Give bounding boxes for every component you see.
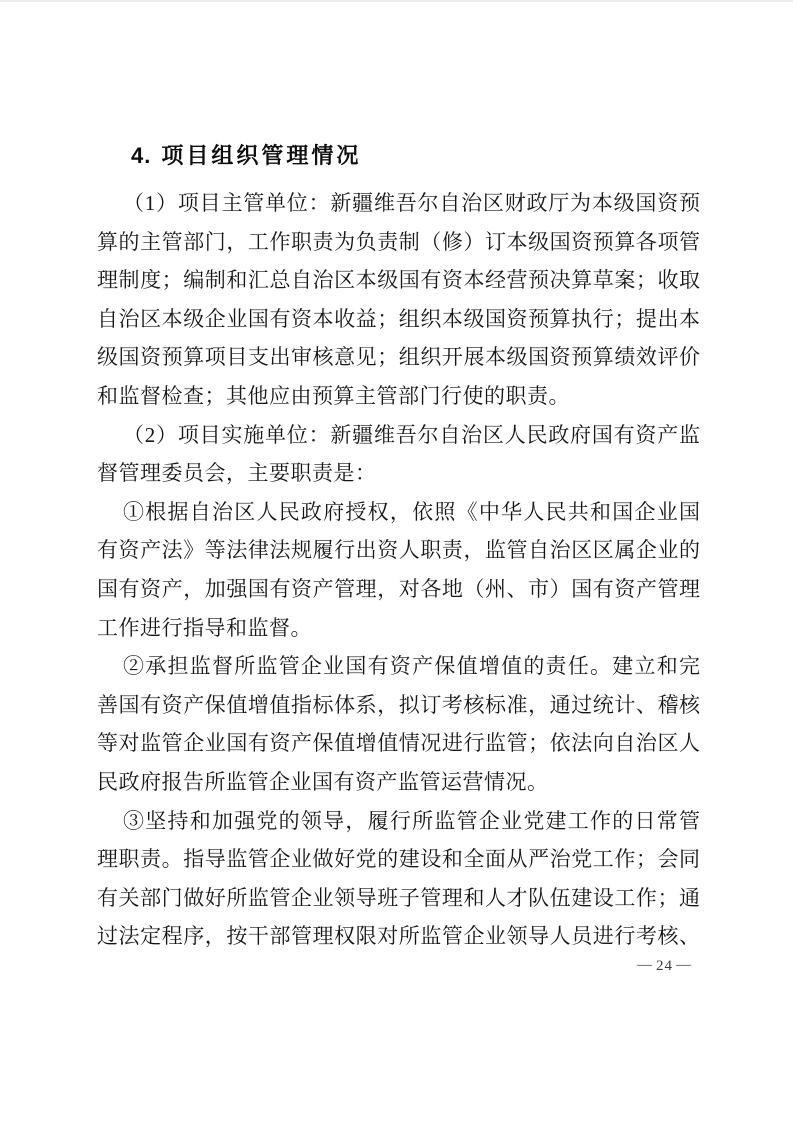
page-number: 24 xyxy=(656,958,673,974)
text-line: （1）项目主管单位：新疆维吾尔自治区财政厅为本级国资预 xyxy=(97,184,700,223)
footer-dash-right: — xyxy=(676,957,692,973)
text-line: 等对监管企业国有资产保值增值情况进行监管；依法向自治区人 xyxy=(97,724,700,763)
text-line: 有资产法》等法律法规履行出资人职责，监管自治区区属企业的 xyxy=(97,531,700,570)
paragraph: （1）项目主管单位：新疆维吾尔自治区财政厅为本级国资预算的主管部门，工作职责为负… xyxy=(97,184,700,416)
paragraph: （2）项目实施单位：新疆维吾尔自治区人民政府国有资产监督管理委员会，主要职责是： xyxy=(97,416,700,493)
text-line: 有关部门做好所监管企业领导班子管理和人才队伍建设工作；通 xyxy=(97,879,700,918)
text-line: 过法定程序，按干部管理权限对所监管企业领导人员进行考核、 xyxy=(97,917,700,956)
section-title: 项目组织管理情况 xyxy=(161,143,361,168)
text-line: 和监督检查；其他应由预算主管部门行使的职责。 xyxy=(97,377,700,416)
text-line: （2）项目实施单位：新疆维吾尔自治区人民政府国有资产监 xyxy=(97,416,700,455)
text-line: 自治区本级企业国有资本收益；组织本级国资预算执行；提出本 xyxy=(97,300,700,339)
section-heading: 4.项目组织管理情况 xyxy=(97,141,700,184)
text-line: 级国资预算项目支出审核意见；组织开展本级国资预算绩效评价 xyxy=(97,338,700,377)
text-line: 理职责。指导监管企业做好党的建设和全面从严治党工作；会同 xyxy=(97,840,700,879)
paragraph: ②承担监督所监管企业国有资产保值增值的责任。建立和完善国有资产保值增值指标体系，… xyxy=(97,647,700,801)
footer-dash-left: — xyxy=(637,957,653,973)
text-line: ③坚持和加强党的领导，履行所监管企业党建工作的日常管 xyxy=(97,802,700,841)
text-line: 善国有资产保值增值指标体系，拟订考核标准，通过统计、稽核 xyxy=(97,686,700,725)
page-content: 4.项目组织管理情况 （1）项目主管单位：新疆维吾尔自治区财政厅为本级国资预算的… xyxy=(97,141,700,956)
paragraph: ①根据自治区人民政府授权，依照《中华人民共和国企业国有资产法》等法律法规履行出资… xyxy=(97,493,700,647)
document-page: 4.项目组织管理情况 （1）项目主管单位：新疆维吾尔自治区财政厅为本级国资预算的… xyxy=(0,0,793,1122)
paragraph: ③坚持和加强党的领导，履行所监管企业党建工作的日常管理职责。指导监管企业做好党的… xyxy=(97,802,700,956)
text-line: 民政府报告所监管企业国有资产监管运营情况。 xyxy=(97,763,700,802)
text-line: ①根据自治区人民政府授权，依照《中华人民共和国企业国 xyxy=(97,493,700,532)
text-line: 算的主管部门，工作职责为负责制（修）订本级国资预算各项管 xyxy=(97,223,700,262)
text-line: 工作进行指导和监督。 xyxy=(97,609,700,648)
text-line: 督管理委员会，主要职责是： xyxy=(97,454,700,493)
text-line: 国有资产，加强国有资产管理，对各地（州、市）国有资产管理 xyxy=(97,570,700,609)
text-line: 理制度；编制和汇总自治区本级国有资本经营预决算草案；收取 xyxy=(97,261,700,300)
document-body: （1）项目主管单位：新疆维吾尔自治区财政厅为本级国资预算的主管部门，工作职责为负… xyxy=(97,184,700,956)
page-top-edge xyxy=(0,0,793,2)
text-line: ②承担监督所监管企业国有资产保值增值的责任。建立和完 xyxy=(97,647,700,686)
section-number: 4. xyxy=(131,143,151,168)
page-footer: —24— xyxy=(97,958,695,975)
